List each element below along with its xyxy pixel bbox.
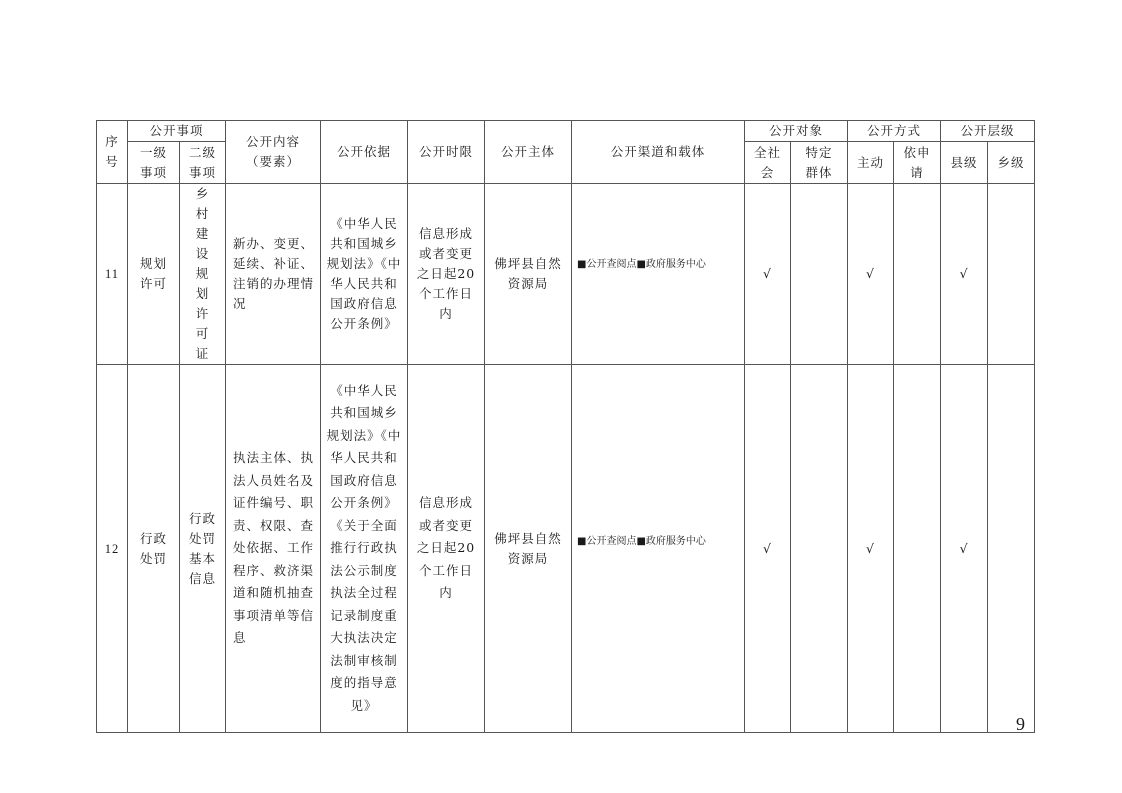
header-method-group: 公开方式 [848,121,941,142]
header-level-group: 公开层级 [941,121,1035,142]
cell-seq: 11 [97,184,128,365]
cell-subject: 佛坪县自然资源局 [485,365,572,733]
header-level-town: 乡级 [988,142,1035,184]
table-row: 12 行政处罚 行政处罚基本信息 执法主体、执法人员姓名及证件编号、职责、权限、… [97,365,1035,733]
cell-method-request [894,184,941,365]
cell-audience-all: √ [745,365,791,733]
cell-content: 新办、变更、延续、补证、注销的办理情况 [226,184,321,365]
header-method-active: 主动 [848,142,894,184]
cell-audience-specific [791,365,848,733]
header-row-1: 序号 公开事项 公开内容（要素） 公开依据 公开时限 公开主体 公开渠道和载体 … [97,121,1035,142]
page-number: 9 [1016,714,1025,735]
header-basis: 公开依据 [321,121,408,184]
cell-basis: 《中华人民共和国城乡规划法》《中华人民共和国政府信息公开条例》《关于全面推行行政… [321,365,408,733]
header-content: 公开内容（要素） [226,121,321,184]
channel-text: ■公开查阅点■政府服务中心 [577,255,744,275]
cell-level1: 规划许可 [128,184,180,365]
cell-level-town [988,184,1035,365]
cell-level1: 行政处罚 [128,365,180,733]
cell-channel: ■公开查阅点■政府服务中心 [572,365,745,733]
cell-basis: 《中华人民共和国城乡规划法》《中华人民共和国政府信息公开条例》 [321,184,408,365]
table-row: 11 规划许可 乡村建设规划许可证 新办、变更、延续、补证、注销的办理情况 《中… [97,184,1035,365]
cell-audience-all: √ [745,184,791,365]
cell-channel: ■公开查阅点■政府服务中心 [572,184,745,365]
header-method-request: 依申请 [894,142,941,184]
header-channel: 公开渠道和载体 [572,121,745,184]
header-audience-specific: 特定群体 [791,142,848,184]
cell-time-limit: 信息形成或者变更之日起20个工作日内 [408,365,485,733]
header-seq: 序号 [97,121,128,184]
cell-level2: 乡村建设规划许可证 [180,184,226,365]
cell-seq: 12 [97,365,128,733]
header-time-limit: 公开时限 [408,121,485,184]
cell-audience-specific [791,184,848,365]
header-level2: 二级事项 [180,142,226,184]
cell-level2: 行政处罚基本信息 [180,365,226,733]
header-audience-all: 全社会 [745,142,791,184]
cell-level-county: √ [941,184,988,365]
cell-content: 执法主体、执法人员姓名及证件编号、职责、权限、查处依据、工作程序、救济渠道和随机… [226,365,321,733]
cell-level-county: √ [941,365,988,733]
cell-time-limit: 信息形成或者变更之日起20个工作日内 [408,184,485,365]
header-level-county: 县级 [941,142,988,184]
header-audience-group: 公开对象 [745,121,848,142]
cell-subject: 佛坪县自然资源局 [485,184,572,365]
header-level1: 一级事项 [128,142,180,184]
cell-method-active: √ [848,365,894,733]
channel-text: ■公开查阅点■政府服务中心 [577,532,744,552]
cell-method-active: √ [848,184,894,365]
disclosure-table: 序号 公开事项 公开内容（要素） 公开依据 公开时限 公开主体 公开渠道和载体 … [96,120,1035,733]
header-item-group: 公开事项 [128,121,226,142]
header-subject: 公开主体 [485,121,572,184]
cell-level-town [988,365,1035,733]
cell-method-request [894,365,941,733]
